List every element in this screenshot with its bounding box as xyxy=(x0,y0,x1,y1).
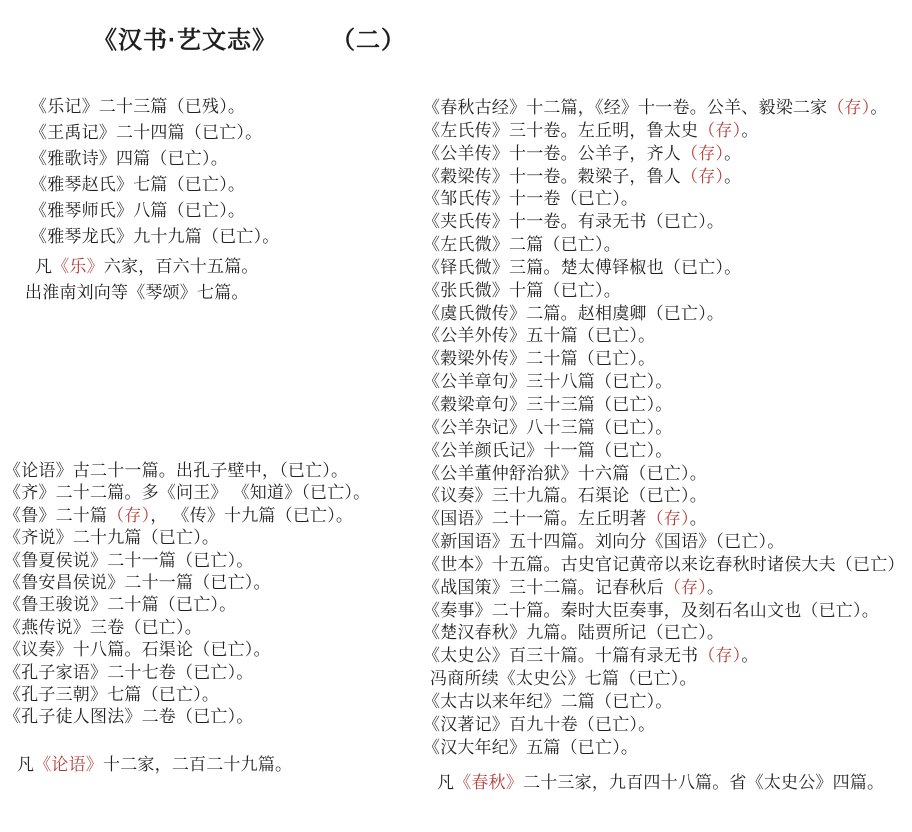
entry-line: 凡《春秋》二十三家，九百四十八篇。省《太史公》四篇。 xyxy=(437,771,884,795)
music-section-list: 《乐记》二十三篇（已残）。《王禹记》二十四篇（已亡）。《雅歌诗》四篇（已亡）。《… xyxy=(30,94,280,250)
entry-text: 。 xyxy=(741,121,758,140)
entry-text: 《雅琴龙氏》九十九篇（已亡）。 xyxy=(30,227,280,246)
entry-line: 凡《乐》六家，百六十五篇。 xyxy=(25,254,259,280)
lunyu-section-list: 《论语》古二十一篇。出孔子壁中，（已亡）。《齐》二十二篇。多《问王》 《知道》（… xyxy=(4,460,370,729)
entry-text: 《穀梁外传》二十篇（已亡）。 xyxy=(423,349,655,368)
entry-line: 《鲁王骏说》二十篇（已亡）。 xyxy=(4,594,370,616)
entry-line: 《太古以来年纪》二篇（已亡）。 xyxy=(423,691,905,714)
entry-line: 《左氏传》三十卷。左丘明，鲁太史（存）。 xyxy=(423,120,905,143)
entry-line: 《雅歌诗》四篇（已亡）。 xyxy=(30,146,280,172)
highlighted-text: 《论语》 xyxy=(34,755,103,774)
entry-text: 。 xyxy=(724,144,741,163)
entry-text: 《太古以来年纪》二篇（已亡）。 xyxy=(423,692,673,711)
document-page: 《汉书·艺文志》 （二） 《乐记》二十三篇（已残）。《王禹记》二十四篇（已亡）。… xyxy=(0,0,912,832)
entry-text: 《雅歌诗》四篇（已亡）。 xyxy=(30,149,228,168)
entry-text: 《雅琴师氏》八篇（已亡）。 xyxy=(30,201,245,220)
entry-text: 六家，百六十五篇。 xyxy=(104,257,259,276)
entry-text: 《鲁夏侯说》二十一篇（已亡）。 xyxy=(4,551,254,570)
entry-line: 《汉大年纪》五篇（已亡）。 xyxy=(423,737,905,760)
entry-text: 《公羊杂记》八十三篇（已亡）。 xyxy=(423,418,673,437)
entry-text: 《公羊外传》五十篇（已亡）。 xyxy=(423,326,655,345)
entry-line: 《穀梁章句》三十三篇（已亡）。 xyxy=(423,394,905,417)
entry-text: 。 xyxy=(870,98,887,117)
entry-text: 冯商所续《太史公》七篇（已亡）。 xyxy=(430,669,697,688)
entry-line: 《孔子三朝》七篇（已亡）。 xyxy=(4,684,370,706)
entry-text: 。 xyxy=(690,509,707,528)
highlighted-text: （存） xyxy=(107,506,150,525)
highlighted-text: 《春秋》 xyxy=(454,773,523,792)
entry-line: 《虞氏微传》二篇。赵相虞卿（已亡）。 xyxy=(423,303,905,326)
chunqiu-section-list: 《春秋古经》十二篇，《经》十一卷。公羊、毅梁二家（存）。《左氏传》三十卷。左丘明… xyxy=(423,97,905,759)
entry-text: 凡 xyxy=(35,257,52,276)
entry-text: 《左氏微》二篇（已亡）。 xyxy=(423,235,621,254)
entry-text: 《雅琴赵氏》七篇（已亡）。 xyxy=(30,175,245,194)
highlighted-text: （存） xyxy=(698,646,741,665)
entry-line: 《邹氏传》十一卷（已亡）。 xyxy=(423,188,905,211)
entry-line: 《鲁安昌侯说》二十一篇（已亡）。 xyxy=(4,572,370,594)
entry-line: 《穀梁传》十一卷。穀梁子，鲁人（存）。 xyxy=(423,166,905,189)
highlighted-text: （存） xyxy=(664,578,707,597)
entry-text: 《公羊传》十一卷。公羊子，齐人 xyxy=(423,144,681,163)
entry-line: 《铎氏微》三篇。楚太傅铎椒也（已亡）。 xyxy=(423,257,905,280)
entry-line: 《太史公》百三十篇。十篇有录无书（存）。 xyxy=(423,645,905,668)
entry-line: 《鲁》二十篇（存）， 《传》十九篇（已亡）。 xyxy=(4,505,370,527)
music-section-summary: 凡《乐》六家，百六十五篇。出淮南刘向等《琴颂》七篇。 xyxy=(25,254,259,306)
entry-text: 《夹氏传》十一卷。有录无书（已亡）。 xyxy=(423,212,724,231)
entry-line: 《公羊杂记》八十三篇（已亡）。 xyxy=(423,417,905,440)
entry-text: 《汉著记》百九十卷（已亡）。 xyxy=(423,715,655,734)
entry-text: 十二家，二百二十九篇。 xyxy=(103,755,292,774)
entry-line: 《雅琴龙氏》九十九篇（已亡）。 xyxy=(30,224,280,250)
entry-text: 《孔子家语》二十七卷（已亡）。 xyxy=(4,663,254,682)
entry-text: 《张氏微》十篇（已亡）。 xyxy=(423,281,621,300)
chunqiu-section-summary: 凡《春秋》二十三家，九百四十八篇。省《太史公》四篇。 xyxy=(437,771,884,795)
entry-text: 《汉大年纪》五篇（已亡）。 xyxy=(423,738,638,757)
entry-text: 出淮南刘向等《琴颂》七篇。 xyxy=(25,283,249,302)
entry-text: 《公羊章句》三十八篇（已亡）。 xyxy=(423,372,673,391)
entry-text: 《齐说》二十九篇（已亡）。 xyxy=(4,528,219,547)
lunyu-section-summary: 凡《论语》十二家，二百二十九篇。 xyxy=(17,753,292,777)
entry-text: 二十三家，九百四十八篇。省《太史公》四篇。 xyxy=(523,773,884,792)
entry-line: 《世本》十五篇。古史官记黄帝以来讫春秋时诸侯大夫（已亡） xyxy=(423,554,905,577)
entry-text: 凡 xyxy=(17,755,34,774)
entry-text: 《邹氏传》十一卷（已亡）。 xyxy=(423,189,638,208)
highlighted-text: （存） xyxy=(827,98,870,117)
entry-text: 《孔子徒人图法》二卷（已亡）。 xyxy=(4,707,254,726)
entry-text: 《论语》古二十一篇。出孔子壁中，（已亡）。 xyxy=(4,461,348,480)
entry-line: 《公羊章句》三十八篇（已亡）。 xyxy=(423,371,905,394)
entry-text: 《新国语》五十四篇。刘向分《国语》（已亡）。 xyxy=(423,532,784,551)
entry-line: 《国语》二十一篇。左丘明著（存）。 xyxy=(423,508,905,531)
highlighted-text: （存） xyxy=(681,144,724,163)
entry-line: 《鲁夏侯说》二十一篇（已亡）。 xyxy=(4,550,370,572)
entry-line: 《公羊董仲舒治狱》十六篇（已亡）。 xyxy=(423,463,905,486)
entry-text: 《战国策》三十二篇。记春秋后 xyxy=(423,578,664,597)
entry-text: 。 xyxy=(707,578,724,597)
entry-line: 《议奏》三十九篇。石渠论（已亡）。 xyxy=(423,485,905,508)
highlighted-text: （存） xyxy=(698,121,741,140)
entry-text: 《虞氏微传》二篇。赵相虞卿（已亡）。 xyxy=(423,304,724,323)
entry-text: 《穀梁章句》三十三篇（已亡）。 xyxy=(423,395,673,414)
entry-text: 。 xyxy=(724,167,741,186)
page-title-part: （二） xyxy=(331,20,406,55)
entry-line: 《论语》古二十一篇。出孔子壁中，（已亡）。 xyxy=(4,460,370,482)
entry-line: 《新国语》五十四篇。刘向分《国语》（已亡）。 xyxy=(423,531,905,554)
entry-text: 《铎氏微》三篇。楚太傅铎椒也（已亡）。 xyxy=(423,258,741,277)
entry-line: 《公羊外传》五十篇（已亡）。 xyxy=(423,325,905,348)
entry-text: 《鲁王骏说》二十篇（已亡）。 xyxy=(4,595,236,614)
entry-text: 《孔子三朝》七篇（已亡）。 xyxy=(4,685,219,704)
entry-line: 《齐》二十二篇。多《问王》 《知道》（已亡）。 xyxy=(4,482,370,504)
highlighted-text: 《乐》 xyxy=(52,257,104,276)
entry-text: 《太史公》百三十篇。十篇有录无书 xyxy=(423,646,698,665)
entry-line: 《汉著记》百九十卷（已亡）。 xyxy=(423,714,905,737)
entry-line: 《春秋古经》十二篇，《经》十一卷。公羊、毅梁二家（存）。 xyxy=(423,97,905,120)
entry-text: 《春秋古经》十二篇，《经》十一卷。公羊、毅梁二家 xyxy=(423,98,827,117)
entry-line: 《左氏微》二篇（已亡）。 xyxy=(423,234,905,257)
entry-line: 《孔子徒人图法》二卷（已亡）。 xyxy=(4,706,370,728)
entry-line: 《张氏微》十篇（已亡）。 xyxy=(423,280,905,303)
entry-text: 《鲁安昌侯说》二十一篇（已亡）。 xyxy=(4,573,271,592)
page-title-main: 《汉书·艺文志》 xyxy=(93,20,277,55)
entry-text: 《议奏》三十九篇。石渠论（已亡）。 xyxy=(423,486,707,505)
entry-line: 《燕传说》三卷（已亡）。 xyxy=(4,617,370,639)
page-title: 《汉书·艺文志》 （二） xyxy=(93,20,406,55)
entry-text: 《齐》二十二篇。多《问王》 《知道》（已亡）。 xyxy=(4,483,370,502)
highlighted-text: （存） xyxy=(681,167,724,186)
entry-text: 《奏事》二十篇。秦时大臣奏事，及刻石名山文也（已亡）。 xyxy=(423,601,879,620)
entry-text: 。 xyxy=(741,646,758,665)
entry-text: 《穀梁传》十一卷。穀梁子，鲁人 xyxy=(423,167,681,186)
entry-line: 《孔子家语》二十七卷（已亡）。 xyxy=(4,662,370,684)
entry-line: 《奏事》二十篇。秦时大臣奏事，及刻石名山文也（已亡）。 xyxy=(423,600,905,623)
entry-line: 冯商所续《太史公》七篇（已亡）。 xyxy=(423,668,905,691)
entry-line: 《穀梁外传》二十篇（已亡）。 xyxy=(423,348,905,371)
entry-line: 《公羊传》十一卷。公羊子，齐人（存）。 xyxy=(423,143,905,166)
entry-text: ， 《传》十九篇（已亡）。 xyxy=(150,506,353,525)
entry-text: 《公羊董仲舒治狱》十六篇（已亡）。 xyxy=(423,464,707,483)
entry-line: 凡《论语》十二家，二百二十九篇。 xyxy=(17,753,292,777)
entry-text: 《国语》二十一篇。左丘明著 xyxy=(423,509,647,528)
entry-text: 《王禹记》二十四篇（已亡）。 xyxy=(30,123,262,142)
entry-line: 《楚汉春秋》九篇。陆贾所记（已亡）。 xyxy=(423,622,905,645)
entry-text: 《左氏传》三十卷。左丘明，鲁太史 xyxy=(423,121,698,140)
entry-line: 《战国策》三十二篇。记春秋后（存）。 xyxy=(423,577,905,600)
entry-text: 《燕传说》三卷（已亡）。 xyxy=(4,618,202,637)
entry-text: 《乐记》二十三篇（已残）。 xyxy=(30,97,245,116)
entry-text: 《公羊颜氏记》十一篇（已亡）。 xyxy=(423,441,673,460)
entry-line: 出淮南刘向等《琴颂》七篇。 xyxy=(25,280,259,306)
entry-line: 《王禹记》二十四篇（已亡）。 xyxy=(30,120,280,146)
entry-line: 《公羊颜氏记》十一篇（已亡）。 xyxy=(423,440,905,463)
entry-line: 《夹氏传》十一卷。有录无书（已亡）。 xyxy=(423,211,905,234)
entry-text: 《议奏》十八篇。石渠论（已亡）。 xyxy=(4,640,271,659)
entry-line: 《雅琴赵氏》七篇（已亡）。 xyxy=(30,172,280,198)
entry-text: 《鲁》二十篇 xyxy=(4,506,107,525)
entry-text: 《世本》十五篇。古史官记黄帝以来讫春秋时诸侯大夫（已亡） xyxy=(423,555,905,574)
entry-line: 《齐说》二十九篇（已亡）。 xyxy=(4,527,370,549)
highlighted-text: （存） xyxy=(647,509,690,528)
entry-text: 凡 xyxy=(437,773,454,792)
entry-line: 《乐记》二十三篇（已残）。 xyxy=(30,94,280,120)
entry-line: 《雅琴师氏》八篇（已亡）。 xyxy=(30,198,280,224)
entry-text: 《楚汉春秋》九篇。陆贾所记（已亡）。 xyxy=(423,623,724,642)
entry-line: 《议奏》十八篇。石渠论（已亡）。 xyxy=(4,639,370,661)
